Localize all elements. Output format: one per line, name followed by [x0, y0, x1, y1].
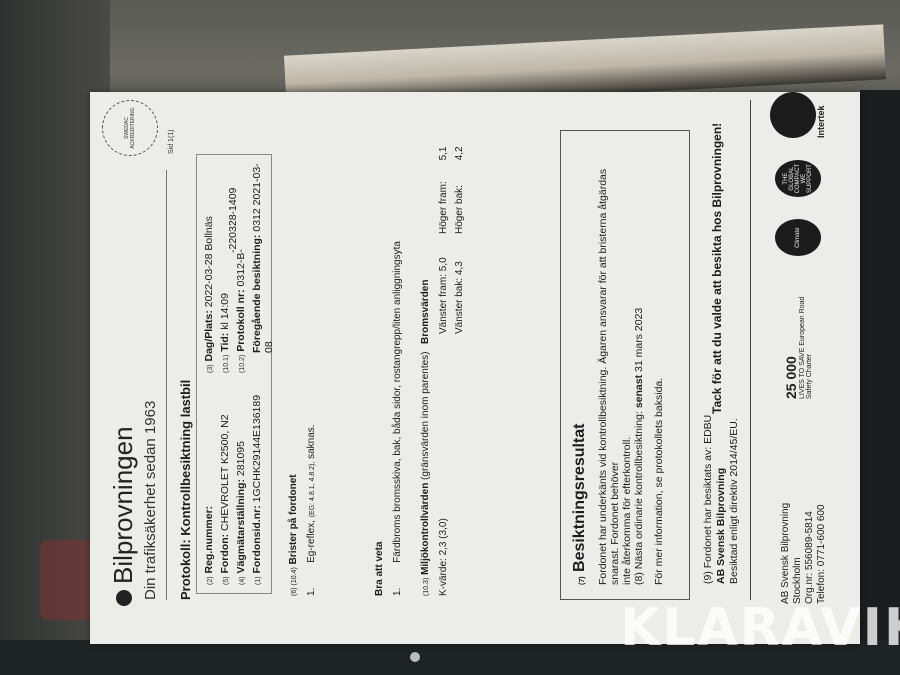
time-row: (10.1) Tid: kl 14:09	[219, 293, 231, 373]
protocol-title: Protokoll: Kontrollbesiktning lastbil	[178, 380, 193, 600]
klaravik-watermark: KLARAVIK	[620, 598, 900, 658]
logo-dot-icon	[116, 590, 132, 606]
swedac-seal-icon: SWEDAC ACKREDITERING	[102, 100, 158, 156]
defects-section: (6) (10.4) Brister på fordonet	[288, 474, 299, 596]
vin-row: (1) Fordonsid.nr: 1GCHK29144E136189	[251, 395, 263, 585]
climate-badge-icon: Climate	[775, 219, 821, 256]
result-line-1: Fordonet har underkänts vid kontrollbesi…	[597, 145, 621, 585]
thank-you-message: Tack för att du valde att besikta hos Bi…	[710, 123, 724, 414]
good-to-know-section: Bra att veta	[374, 542, 385, 596]
reg-number-row: (2) Reg.nummer:	[203, 506, 215, 585]
paper-sheet: Bilprovningen Din trafiksäkerhet sedan 1…	[90, 92, 860, 644]
defect-item: 1. Eg-reflex, (EG: 4.8.1, 4.8.2), saknas…	[306, 424, 317, 596]
k-value: K-värde: 2,3 (3,0)	[438, 518, 449, 596]
vehicle-row: (5) Fordon: CHEVROLET K2500, N2	[219, 414, 231, 585]
inspection-result-box: (7) Besiktningsresultat Fordonet har und…	[560, 130, 690, 600]
brake-right-front: Höger fram: 5,1	[438, 147, 449, 234]
global-compact-badge-icon: THE GLOBAL COMPACT WE SUPPORT	[775, 160, 821, 197]
next-inspection: (8) Nästa ordinarie kontrollbesiktning: …	[633, 145, 645, 585]
brake-left-rear: Vänster bak: 4,3	[454, 261, 465, 334]
good-to-know-item: 1. Färdbroms bromsskiva, bak, båda sidor…	[392, 241, 403, 596]
paper-grommet	[410, 652, 420, 662]
intertek-badge-icon: Intertek	[770, 92, 826, 138]
more-info: För mer information, se protokollets bak…	[653, 145, 665, 585]
company-address: AB Svensk Bilprovning Stockholm Org.nr: …	[780, 503, 828, 604]
lives-to-save-badge-icon: 25 000 LIVES TO SAVE European Road Safet…	[783, 278, 813, 399]
odometer-row: (4) Vägmätarställning: 281095	[235, 441, 247, 585]
brake-values-heading: Bromsvärden	[420, 280, 431, 344]
inspection-protocol-document: Bilprovningen Din trafiksäkerhet sedan 1…	[90, 92, 860, 644]
previous-inspection-row: Föregående besiktning: 0312 2021-03-08	[251, 155, 275, 353]
result-heading: (7) Besiktningsresultat	[571, 145, 589, 585]
date-place-row: (3) Dag/Plats: 2022-03-28 Bollnäs	[203, 216, 215, 373]
protocol-number-cont: -220328-1409	[227, 188, 239, 253]
brand-tagline: Din trafiksäkerhet sedan 1963	[142, 401, 159, 600]
brand-name: Bilprovningen	[108, 426, 139, 584]
vehicle-info-box: (2) Reg.nummer: (5) Fordon: CHEVROLET K2…	[196, 154, 272, 594]
page-number: Sid 1(1)	[168, 129, 175, 154]
protocol-number-row: (10.2) Protokoll nr: 0312-B-	[235, 249, 247, 373]
footer-divider	[750, 100, 751, 600]
emissions-heading: (10.3) Miljökontrollvärden (gränsvärden …	[420, 352, 431, 597]
inspected-by: (9) Fordonet har besiktats av: EDBU AB S…	[702, 415, 741, 584]
result-line-2: inte återkomma för efterkontroll.	[621, 145, 633, 585]
globe-icon	[770, 92, 816, 138]
header-divider	[166, 170, 167, 600]
certification-badges: 25 000 LIVES TO SAVE European Road Safet…	[770, 92, 826, 399]
brake-right-rear: Höger bak: 4,2	[454, 146, 465, 234]
bilprovningen-logo: Bilprovningen	[108, 426, 139, 606]
brake-left-front: Vänster fram: 5,0	[438, 257, 449, 334]
dark-surface	[860, 90, 900, 675]
